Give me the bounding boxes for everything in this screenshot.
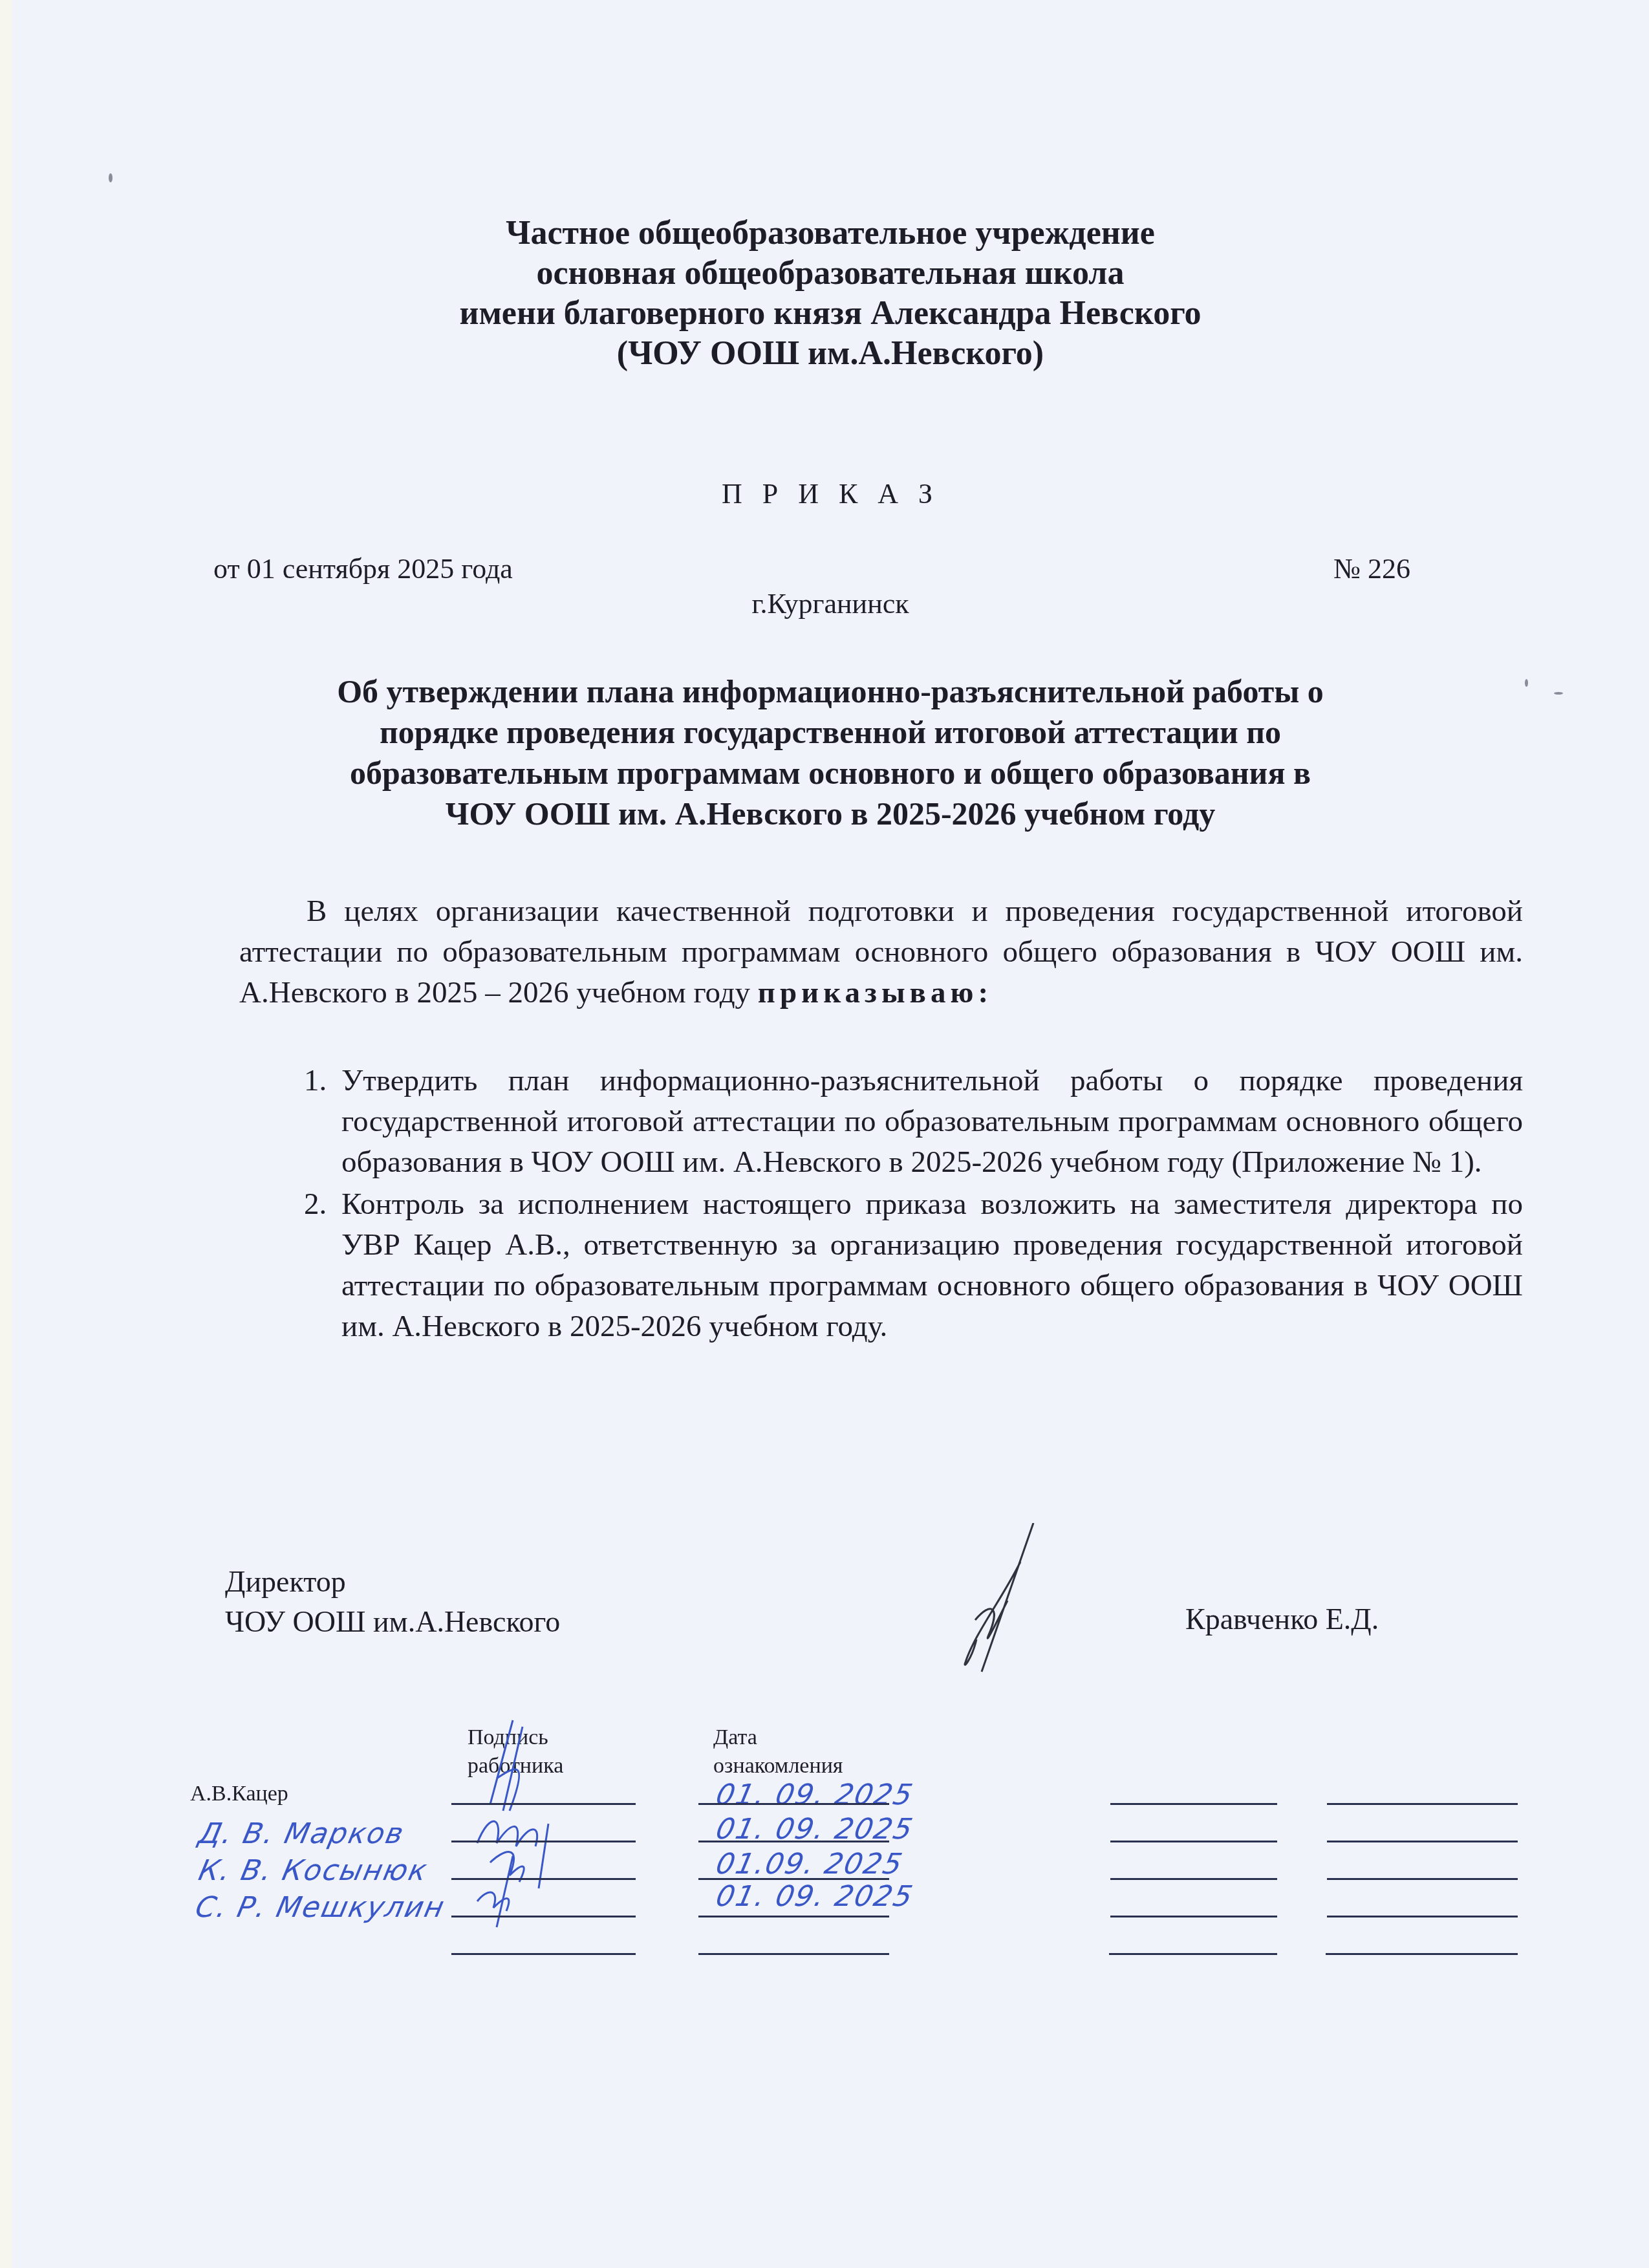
ack-signature-line: [451, 1953, 636, 1955]
organization-header: Частное общеобразовательное учреждение о…: [12, 213, 1649, 374]
scan-speck: [109, 173, 113, 182]
order-item: 2. Контроль за исполнением настоящего пр…: [239, 1184, 1523, 1347]
org-line: имени благоверного князя Александра Невс…: [12, 294, 1649, 334]
document-page: Частное общеобразовательное учреждение о…: [12, 0, 1649, 2268]
signatory-position-line: ЧОУ ООШ им.А.Невского: [225, 1602, 560, 1642]
subject-line: образовательным программам основного и о…: [12, 753, 1649, 794]
ack-blank-line: [1326, 1953, 1518, 1955]
ack-handwritten-date: 01. 09. 2025: [713, 1778, 917, 1811]
ack-handwritten-name: Д. В. Марков: [196, 1817, 408, 1850]
ack-printed-name: А.В.Кацер: [190, 1782, 288, 1806]
ack-date-header: Дата ознакомления: [713, 1723, 843, 1780]
ack-date-line: [698, 1953, 889, 1955]
ack-blank-line: [1110, 1878, 1277, 1880]
subject-line: порядке проведения государственной итого…: [12, 712, 1649, 753]
item-number: 2.: [304, 1184, 327, 1225]
document-type-title: П Р И К А З: [12, 477, 1649, 510]
ack-date-line: [698, 1878, 889, 1880]
order-date: от 01 сентября 2025 года: [213, 552, 513, 585]
ack-signature-line: [451, 1841, 636, 1842]
ack-blank-line: [1327, 1841, 1518, 1842]
preamble-emphasis: приказываю:: [758, 976, 993, 1010]
ack-handwritten-date: 01.09. 2025: [713, 1848, 907, 1881]
ack-blank-line: [1327, 1916, 1518, 1917]
order-city: г.Курганинск: [12, 587, 1649, 620]
ack-handwritten-name: К. В. Косынюк: [196, 1854, 431, 1887]
subject-line: ЧОУ ООШ им. А.Невского в 2025-2026 учебн…: [12, 794, 1649, 834]
ack-date-line: [698, 1803, 889, 1805]
ack-blank-line: [1110, 1803, 1277, 1805]
org-line: основная общеобразовательная школа: [12, 254, 1649, 294]
order-items-list: 1. Утвердить план информационно-разъясни…: [239, 1061, 1523, 1348]
ack-date-line: [698, 1841, 889, 1842]
org-line: Частное общеобразовательное учреждение: [12, 213, 1649, 254]
ack-blank-line: [1327, 1803, 1518, 1805]
order-number: № 226: [1333, 552, 1410, 585]
order-subject: Об утверждении плана информационно-разъя…: [12, 671, 1649, 834]
subject-line: Об утверждении плана информационно-разъя…: [12, 671, 1649, 712]
preamble-paragraph: В целях организации качественной подгото…: [239, 891, 1523, 1013]
item-text: Контроль за исполнением настоящего прика…: [341, 1187, 1523, 1343]
ack-blank-line: [1110, 1916, 1277, 1917]
ack-blank-line: [1110, 1841, 1277, 1842]
item-number: 1.: [304, 1061, 327, 1101]
employee-signatures-icon: [451, 1714, 645, 1934]
org-line: (ЧОУ ООШ им.А.Невского): [12, 334, 1649, 374]
ack-date-line: [698, 1916, 889, 1917]
signatory-position: Директор ЧОУ ООШ им.А.Невского: [225, 1562, 560, 1642]
ack-signature-line: [451, 1878, 636, 1880]
ack-handwritten-name: С. Р. Мешкулин: [193, 1891, 448, 1924]
ack-header-line: ознакомления: [713, 1752, 843, 1780]
ack-header-line: Дата: [713, 1723, 843, 1752]
order-item: 1. Утвердить план информационно-разъясни…: [239, 1061, 1523, 1183]
ack-signature-line: [451, 1803, 636, 1805]
item-text: Утвердить план информационно-разъяснител…: [341, 1064, 1523, 1179]
director-signature-icon: [904, 1523, 1072, 1678]
ack-blank-line: [1327, 1878, 1518, 1880]
ack-blank-line: [1109, 1953, 1277, 1955]
ack-handwritten-date: 01. 09. 2025: [713, 1880, 917, 1913]
scan-edge-strip: [0, 0, 12, 2268]
ack-signature-line: [451, 1916, 636, 1917]
signatory-position-line: Директор: [225, 1562, 560, 1602]
signatory-name: Кравченко Е.Д.: [1185, 1602, 1379, 1636]
